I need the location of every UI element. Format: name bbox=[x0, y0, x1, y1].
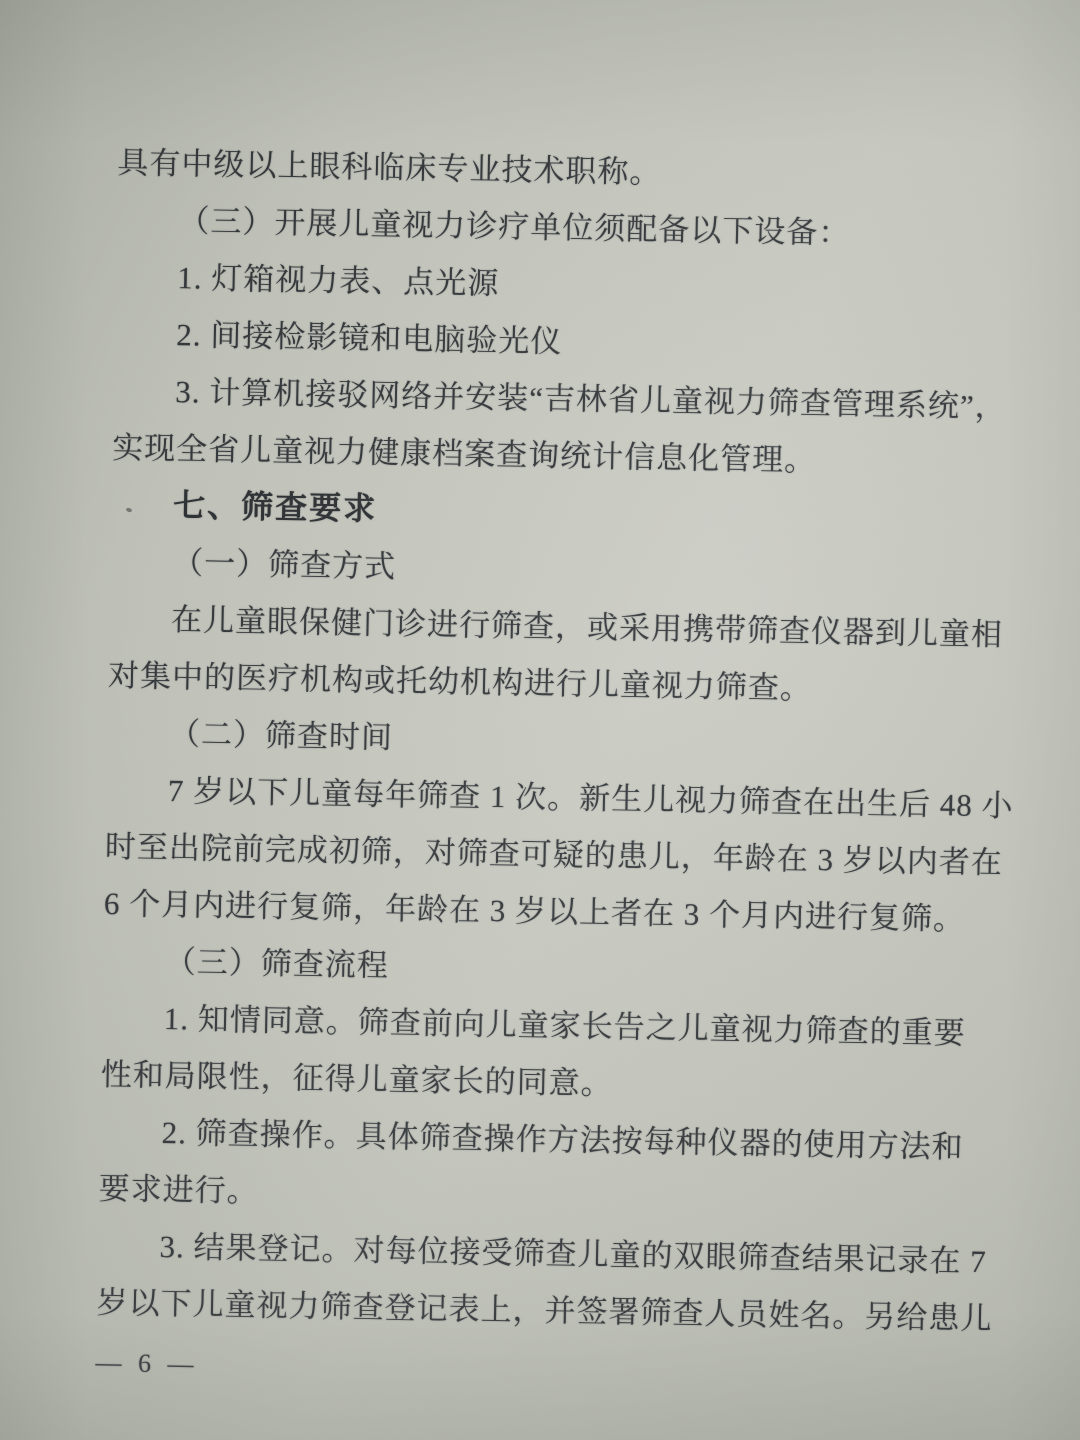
page-number: — 6 — bbox=[95, 1334, 980, 1407]
scanned-document-page: 具有中级以上眼科临床专业技术职称。 （三）开展儿童视力诊疗单位须配备以下设备： … bbox=[0, 0, 1080, 1440]
document-body: 具有中级以上眼科临床专业技术职称。 （三）开展儿童视力诊疗单位须配备以下设备： … bbox=[95, 134, 1002, 1407]
